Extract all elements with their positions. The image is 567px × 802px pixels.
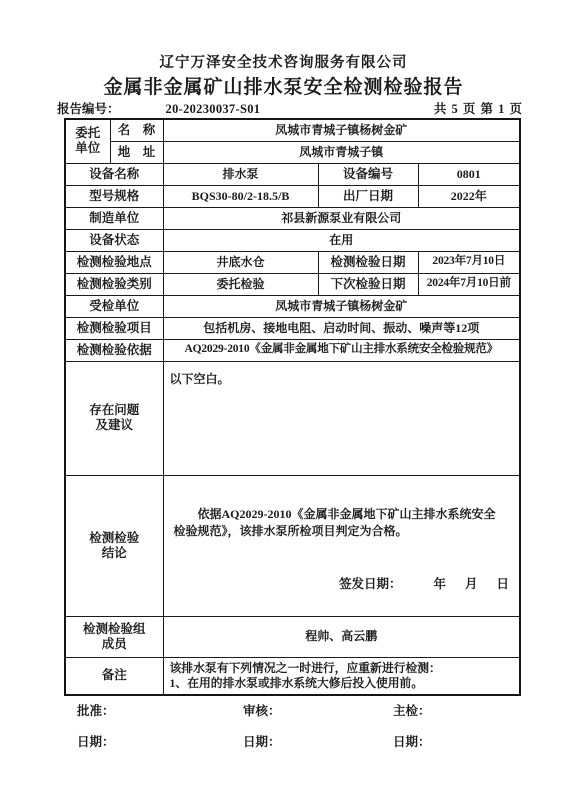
basis-value: AQ2029-2010《金属非金属地下矿山主排水系统安全检验规范》 [163, 339, 520, 361]
next-date-value: 2024年7月10日前 [418, 273, 520, 295]
report-meta-line: 报告编号： 20-20230037-S01 共 5 页 第 1 页 [57, 99, 523, 117]
report-page: 辽宁万泽安全技术咨询服务有限公司 金属非金属矿山排水泵安全检测检验报告 报告编号… [0, 0, 567, 802]
model-value: BQS30-80/2-18.5/B [163, 185, 318, 207]
location-value: 井底水仓 [163, 251, 318, 273]
remark-line2: 1、在用的排水泵或排水系统大修后投入使用前。 [170, 676, 514, 691]
status-value: 在用 [163, 229, 520, 251]
conclusion-text: 依据AQ2029-2010《金属非金属地下矿山主排水系统安全检验规范》，该排水泵… [174, 506, 506, 540]
remark-value: 该排水泵有下列情况之一时进行，应重新进行检测： 1、在用的排水泵或排水系统大修后… [163, 657, 520, 695]
problems-label-line1: 存在问题 [68, 403, 161, 418]
location-label: 检测检验地点 [65, 251, 163, 273]
items-value: 包括机房、接地电阻、启动时间、振动、噪声等12项 [163, 317, 520, 339]
device-name-value: 排水泵 [163, 163, 318, 185]
remark-line1: 该排水泵有下列情况之一时进行，应重新进行检测： [170, 661, 514, 676]
team-members-value: 程帅、高云鹏 [163, 616, 520, 657]
client-name-label: 名 称 [110, 119, 163, 141]
company-name: 辽宁万泽安全技术咨询服务有限公司 [0, 51, 567, 72]
chief-label: 主检： [393, 705, 497, 718]
device-name-label: 设备名称 [65, 163, 163, 185]
client-group-label: 委托 单位 [65, 119, 110, 163]
device-no-label: 设备编号 [318, 163, 418, 185]
insp-type-label: 检测检验类别 [65, 273, 163, 295]
sign-day-label: 日 [497, 577, 510, 592]
manufacturer-label: 制造单位 [65, 207, 163, 229]
problems-value: 以下空白。 [163, 361, 520, 475]
inspected-unit-value: 凤城市青城子镇杨树金矿 [163, 295, 520, 317]
insp-type-value: 委托检验 [163, 273, 318, 295]
team-label-line2: 成员 [68, 637, 161, 652]
conclusion-label-line1: 检测检验 [68, 531, 161, 546]
items-label: 检测检验项目 [65, 317, 163, 339]
report-no-label: 报告编号： [57, 99, 120, 117]
conclusion-cell: 依据AQ2029-2010《金属非金属地下矿山主排水系统安全检验规范》，该排水泵… [163, 475, 520, 616]
client-group-label-line1: 委托 [68, 126, 108, 141]
conclusion-label-line2: 结论 [68, 546, 161, 561]
inspection-form-table: 委托 单位 名 称 凤城市青城子镇杨树金矿 地 址 凤城市青城子镇 设备名称 排… [64, 118, 521, 696]
report-no-value: 20-20230037-S01 [166, 102, 261, 117]
footer-signatures: 批准： 审核： 主检： 日期： 日期： 日期： [77, 705, 497, 748]
basis-label: 检测检验依据 [65, 339, 163, 361]
sign-date-label: 签发日期： [339, 577, 402, 592]
device-no-value: 0801 [418, 163, 520, 185]
manufacturer-value: 祁县新源泵业有限公司 [163, 207, 520, 229]
review-date-label: 日期： [243, 736, 393, 749]
review-label: 审核： [243, 705, 393, 718]
insp-date-label: 检测检验日期 [318, 251, 418, 273]
inspected-unit-label: 受检单位 [65, 295, 163, 317]
team-label: 检测检验组 成员 [65, 616, 163, 657]
problems-label-line2: 及建议 [68, 418, 161, 433]
sign-year-label: 年 [433, 577, 446, 592]
client-addr-value: 凤城市青城子镇 [163, 141, 520, 163]
remark-label: 备注 [65, 657, 163, 695]
status-label: 设备状态 [65, 229, 163, 251]
sign-date-line: 签发日期： 年 月 日 [339, 577, 509, 592]
approve-label: 批准： [77, 705, 243, 718]
team-label-line1: 检测检验组 [68, 622, 161, 637]
client-group-label-line2: 单位 [68, 141, 108, 156]
client-name-value: 凤城市青城子镇杨树金矿 [163, 119, 520, 141]
conclusion-label: 检测检验 结论 [65, 475, 163, 616]
next-date-label: 下次检验日期 [318, 273, 418, 295]
approve-date-label: 日期： [77, 736, 243, 749]
report-title: 金属非金属矿山排水泵安全检测检验报告 [0, 72, 567, 99]
page-count-info: 共 5 页 第 1 页 [434, 99, 523, 117]
client-addr-label: 地 址 [110, 141, 163, 163]
sign-month-label: 月 [465, 577, 478, 592]
mfg-date-label: 出厂日期 [318, 185, 418, 207]
mfg-date-value: 2022年 [418, 185, 520, 207]
insp-date-value: 2023年7月10日 [418, 251, 520, 273]
model-label: 型号规格 [65, 185, 163, 207]
problems-label: 存在问题 及建议 [65, 361, 163, 475]
chief-date-label: 日期： [393, 736, 497, 749]
